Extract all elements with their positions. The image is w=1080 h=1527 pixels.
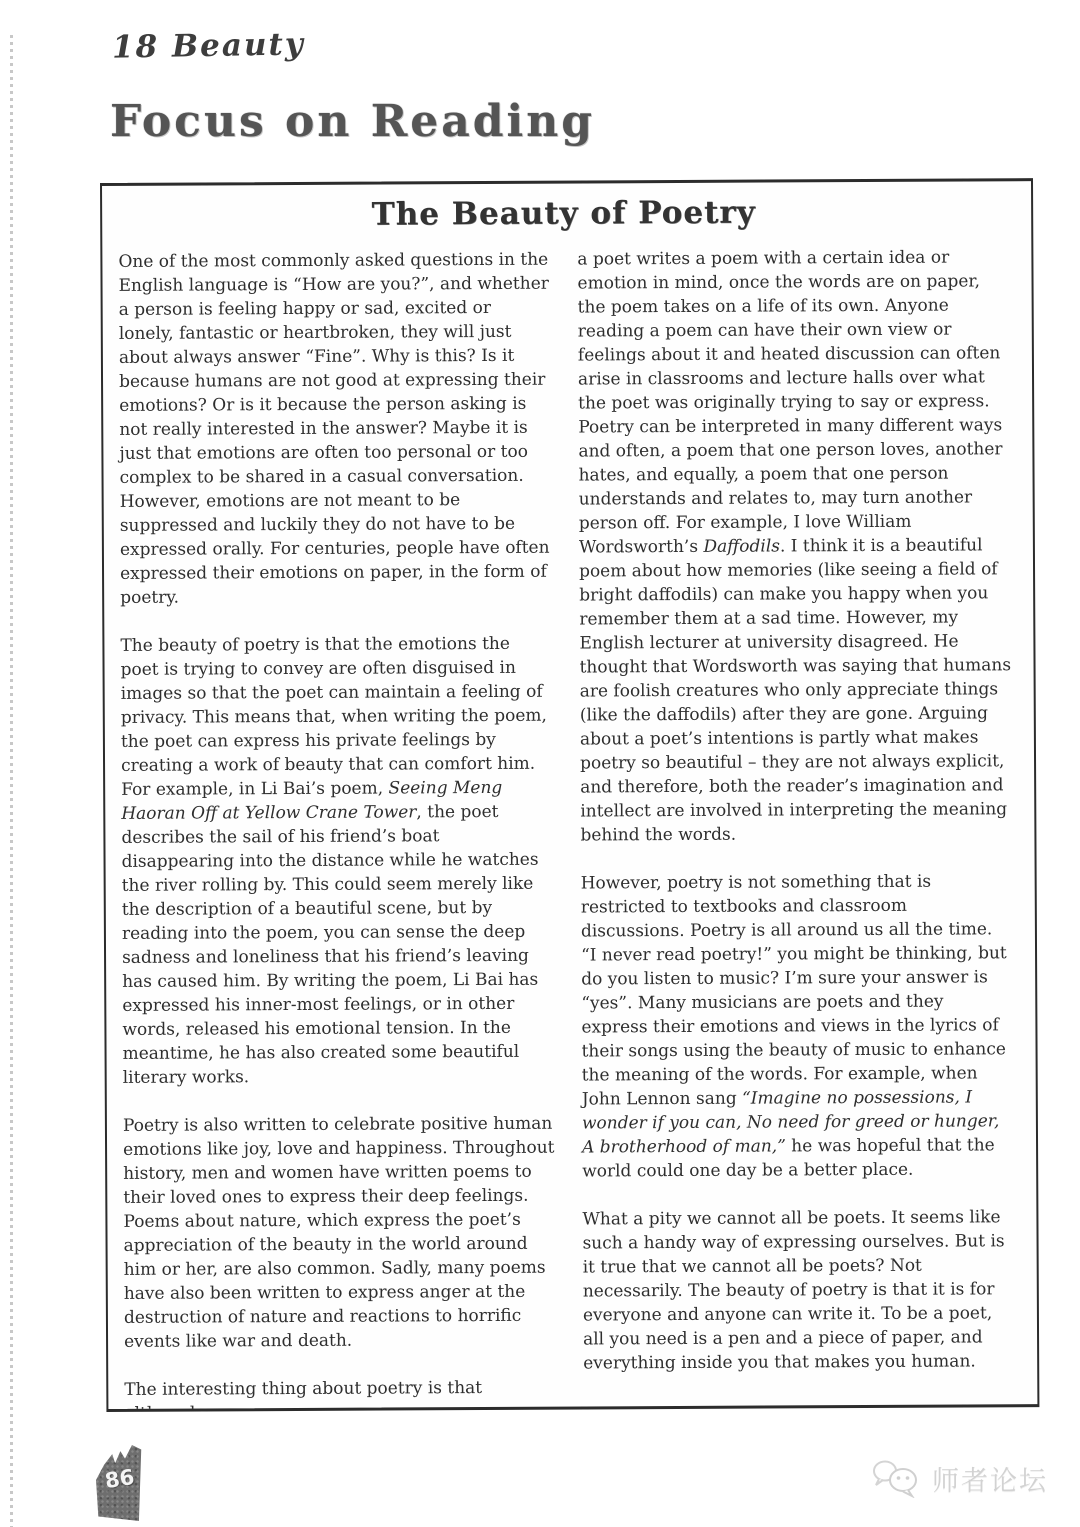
article-box: The Beauty of Poetry One of the most com… — [100, 178, 1039, 1412]
article-paragraph: However, poetry is not something that is… — [581, 869, 1015, 1183]
article-paragraph: Poetry is also written to celebrate posi… — [123, 1112, 556, 1354]
article-paragraph: a poet writes a poem with a certain idea… — [577, 245, 1012, 847]
watermark-label: 师者论坛 — [932, 1459, 1048, 1498]
article-column-left: One of the most commonly asked questions… — [118, 248, 556, 1412]
article-paragraph: The beauty of poetry is that the emotion… — [120, 632, 554, 1090]
article-paragraph: The interesting thing about poetry is th… — [124, 1376, 556, 1412]
page-number-badge: 86 — [96, 1445, 154, 1521]
page-title: Focus on Reading — [110, 96, 595, 147]
article-column-right: a poet writes a poem with a certain idea… — [577, 245, 1015, 1412]
page-number: 86 — [103, 1465, 136, 1493]
article-paragraph: One of the most commonly asked questions… — [118, 248, 552, 610]
chapter-label: 18 Beauty — [112, 26, 305, 65]
article-columns: One of the most commonly asked questions… — [118, 245, 1015, 1412]
wechat-logo-icon — [870, 1458, 922, 1498]
watermark: 师者论坛 — [870, 1458, 1048, 1498]
article-paragraph: What a pity we cannot all be poets. It s… — [582, 1205, 1015, 1375]
article-title: The Beauty of Poetry — [118, 193, 1009, 234]
scan-binding-edge — [10, 35, 13, 1527]
